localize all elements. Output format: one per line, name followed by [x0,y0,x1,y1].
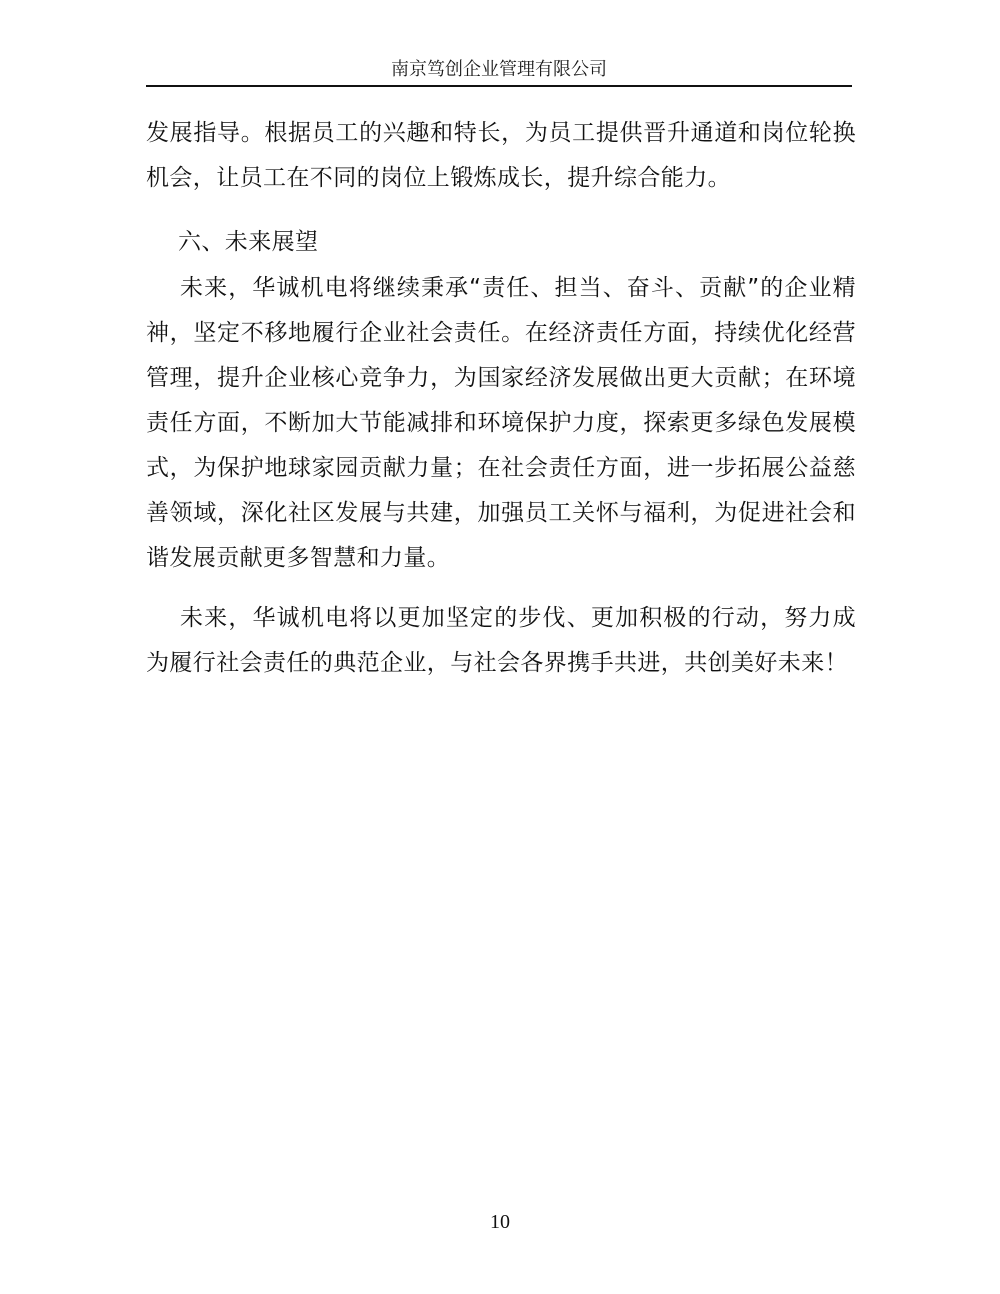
continued-paragraph: 发展指导。根据员工的兴趣和特长，为员工提供晋升通道和岗位轮换机会，让员工在不同的… [146,111,856,201]
paragraph-outlook-1: 未来，华诚机电将继续秉承“责任、担当、奋斗、贡献”的企业精神，坚定不移地履行企业… [146,266,856,581]
page-number: 10 [0,1210,1000,1234]
paragraph-outlook-2: 未来，华诚机电将以更加坚定的步伐、更加积极的行动，努力成为履行社会责任的典范企业… [146,596,856,686]
header-divider [146,85,852,87]
section-heading-future-outlook: 六、未来展望 [146,220,318,265]
page-header-company-name: 南京笃创企业管理有限公司 [146,58,852,86]
